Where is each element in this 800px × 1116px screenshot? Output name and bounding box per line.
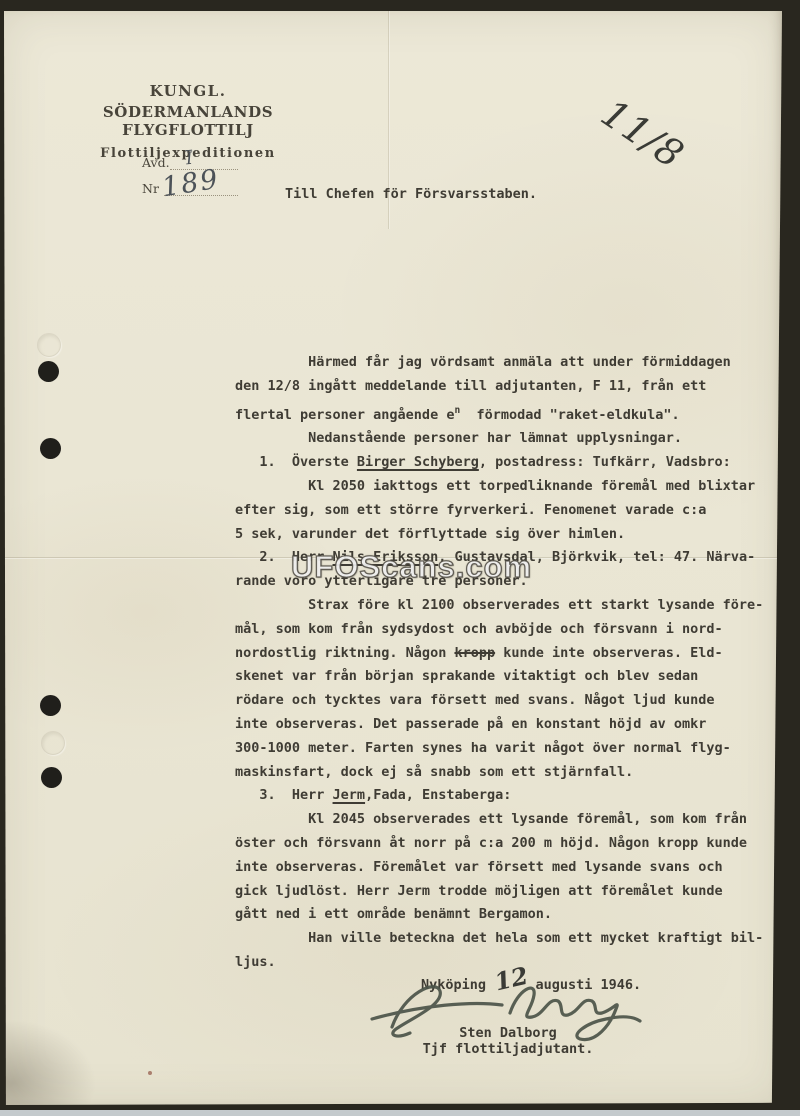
body-text-line: inte observeras. Föremålet var försett m… bbox=[235, 856, 763, 880]
body-text-segment: den 12/8 ingått meddelande till adjutant… bbox=[235, 378, 706, 394]
body-text-segment: , postadress: Tufkärr, Vadsbro: bbox=[479, 454, 731, 470]
body-text-line: Strax före kl 2100 observerades ett star… bbox=[235, 594, 763, 618]
hole-punch-dot bbox=[38, 361, 59, 382]
body-text-segment: 300-1000 meter. Farten synes ha varit nå… bbox=[235, 740, 731, 756]
body-text-segment: 1. Överste bbox=[235, 454, 357, 470]
body-text-segment: mål, som kom från sydsydost och avböjde … bbox=[235, 621, 723, 637]
body-text-segment: inte observeras. Föremålet var försett m… bbox=[235, 859, 723, 875]
body-text-line: inte observeras. Det passerade på en kon… bbox=[235, 713, 763, 737]
body-text-line: Nedanstående personer har lämnat upplysn… bbox=[235, 427, 763, 451]
body-text-segment: Härmed får jag vördsamt anmäla att under… bbox=[235, 354, 731, 370]
body-text-line: 300-1000 meter. Farten synes ha varit nå… bbox=[235, 737, 763, 761]
watermark-text: UFOScans.com bbox=[291, 549, 532, 585]
signature-typed-name: Sten Dalborg bbox=[388, 1026, 628, 1042]
body-text-line: nordostlig riktning. Någon kropp kunde i… bbox=[235, 642, 763, 666]
body-text-segment: Birger Schyberg bbox=[357, 454, 479, 470]
body-text-line: 5 sek, varunder det förflyttade sig över… bbox=[235, 523, 763, 547]
scanner-bed-strip bbox=[0, 1110, 800, 1116]
nr-label: Nr bbox=[142, 181, 159, 196]
body-text-segment: Han ville beteckna det hela som ett myck… bbox=[235, 930, 763, 946]
body-text-segment: Kl 2045 observerades ett lysande föremål… bbox=[235, 811, 747, 827]
body-text-segment: rödare och tycktes vara försett med svan… bbox=[235, 692, 715, 708]
recipient-line: Till Chefen för Försvarsstaben. bbox=[285, 186, 537, 202]
body-text-line: 3. Herr Jerm,Fada, Enstaberga: bbox=[235, 784, 763, 808]
body-text-segment: Jerm bbox=[333, 787, 366, 803]
body-text-segment: ,Fada, Enstaberga: bbox=[365, 787, 511, 803]
body-text-segment: Kl 2050 iakttogs ett torpedliknande före… bbox=[235, 478, 755, 494]
body-text-line: efter sig, som ett större fyrverkeri. Fe… bbox=[235, 499, 763, 523]
body-text-line: Kl 2050 iakttogs ett torpedliknande före… bbox=[235, 475, 763, 499]
body-text-line: öster och försvann åt norr på c:a 200 m … bbox=[235, 832, 763, 856]
body-text-segment: gick ljudlöst. Herr Jerm trodde möjligen… bbox=[235, 883, 723, 899]
body-text-segment: kunde inte observeras. Eld- bbox=[495, 645, 723, 661]
body-text-line: skenet var från början sprakande vitakti… bbox=[235, 665, 763, 689]
body-text-segment: efter sig, som ett större fyrverkeri. Fe… bbox=[235, 502, 706, 518]
body-text-line: gått ned i ett område benämnt Bergamon. bbox=[235, 903, 763, 927]
handwritten-corner-date: 11/8 bbox=[593, 91, 692, 177]
letter-body: Härmed får jag vördsamt anmäla att under… bbox=[235, 351, 763, 975]
body-text-segment: gått ned i ett område benämnt Bergamon. bbox=[235, 906, 552, 922]
body-text-line: Kl 2045 observerades ett lysande föremål… bbox=[235, 808, 763, 832]
body-text-segment: inte observeras. Det passerade på en kon… bbox=[235, 716, 706, 732]
avd-label: Avd. bbox=[142, 155, 170, 170]
signature-typed-title: Tjf flottiljadjutant. bbox=[388, 1042, 628, 1058]
letterhead-line-flygflottilj: SÖDERMANLANDS FLYGFLOTTILJ bbox=[62, 103, 314, 139]
avd-handwritten-value: I bbox=[185, 150, 194, 169]
nr-row: Nr 189 bbox=[142, 181, 252, 196]
embossed-hole-ring bbox=[41, 731, 65, 755]
body-text-line: mål, som kom från sydsydost och avböjde … bbox=[235, 618, 763, 642]
body-text-line: den 12/8 ingått meddelande till adjutant… bbox=[235, 375, 763, 399]
hole-punch-dot bbox=[41, 767, 62, 788]
body-text-line: gick ljudlöst. Herr Jerm trodde möjligen… bbox=[235, 880, 763, 904]
body-text-segment: kropp bbox=[454, 645, 495, 661]
hole-punch-dot bbox=[40, 695, 61, 716]
scan-background: { "letterhead": { "line1": "KUNGL.", "li… bbox=[0, 0, 800, 1116]
body-text-line: Han ville beteckna det hela som ett myck… bbox=[235, 927, 763, 951]
document-page: KUNGL. SÖDERMANLANDS FLYGFLOTTILJ Flotti… bbox=[4, 11, 782, 1105]
embossed-hole-ring bbox=[37, 333, 61, 357]
body-text-segment: skenet var från början sprakande vitakti… bbox=[235, 668, 698, 684]
body-text-line: maskinsfart, dock ej så snabb som ett st… bbox=[235, 761, 763, 785]
body-text-segment: nordostlig riktning. Någon bbox=[235, 645, 454, 661]
body-text-segment: Strax före kl 2100 observerades ett star… bbox=[235, 597, 763, 613]
body-text-segment: ljus. bbox=[235, 954, 276, 970]
paper-stain-speck bbox=[148, 1071, 152, 1075]
body-text-line: 1. Överste Birger Schyberg, postadress: … bbox=[235, 451, 763, 475]
body-text-segment: flertal personer angående e bbox=[235, 407, 454, 423]
body-text-segment: 5 sek, varunder det förflyttade sig över… bbox=[235, 526, 625, 542]
signature-block: Sten Dalborg Tjf flottiljadjutant. bbox=[388, 1026, 628, 1057]
body-text-line: flertal personer angående en förmodad "r… bbox=[235, 399, 763, 428]
body-text-segment: Nedanstående personer har lämnat upplysn… bbox=[235, 430, 682, 446]
body-text-line: Härmed får jag vördsamt anmäla att under… bbox=[235, 351, 763, 375]
body-text-line: rödare och tycktes vara försett med svan… bbox=[235, 689, 763, 713]
body-text-segment: förmodad "raket-eldkula". bbox=[460, 407, 679, 423]
body-text-segment: 3. Herr bbox=[235, 787, 333, 803]
body-text-segment: öster och försvann åt norr på c:a 200 m … bbox=[235, 835, 747, 851]
letterhead-line-kungl: KUNGL. bbox=[62, 82, 314, 100]
hole-punch-dot bbox=[40, 438, 61, 459]
body-text-segment: maskinsfart, dock ej så snabb som ett st… bbox=[235, 764, 633, 780]
